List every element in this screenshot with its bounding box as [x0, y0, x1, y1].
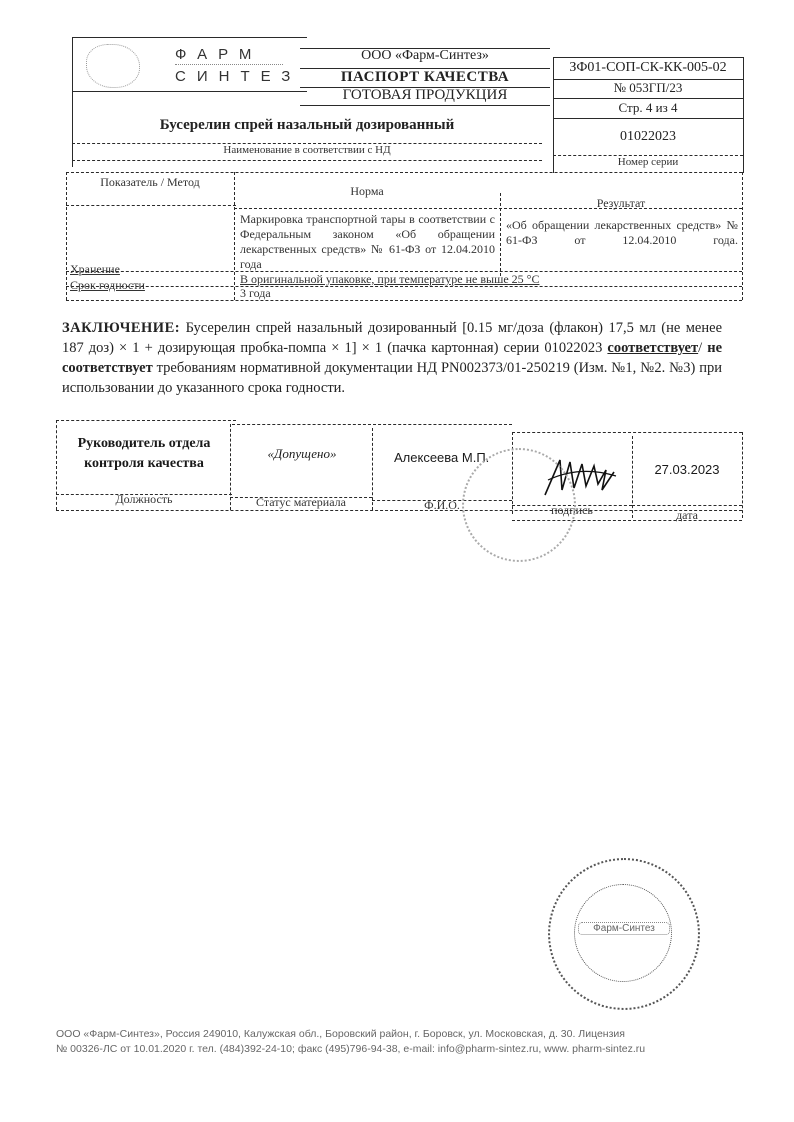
caption-status: Статус материала: [230, 495, 372, 510]
company-logo: ФАРМ СИНТЕЗ: [80, 42, 300, 88]
caption-position: Должность: [56, 492, 232, 507]
form-code: ЗФ01-СОП-СК-КК-005-02: [553, 60, 743, 76]
conclusion-text-2: требованиям нормативной документации НД …: [62, 360, 722, 396]
column-header-norm: Норма: [234, 184, 500, 199]
signature-stamp-icon: [462, 448, 576, 562]
conclusion-label: ЗАКЛЮЧЕНИЕ:: [62, 320, 180, 336]
logo-line1: ФАРМ: [175, 46, 262, 63]
company-name: ООО «Фарм-Синтез»: [300, 48, 550, 64]
seal-center-text: Фарм-Синтез: [578, 922, 670, 935]
passport-number: № 053ГП/23: [553, 80, 743, 96]
product-name: Бусерелин спрей назальный дозированный: [72, 117, 542, 134]
row1-result: «Об обращении лекарственных средств» № 6…: [506, 218, 738, 248]
signature-date: 27.03.2023: [632, 462, 742, 477]
row2-norm: В оригинальной упаковке, при температуре…: [240, 272, 740, 287]
document-title: ПАСПОРТ КАЧЕСТВА: [300, 69, 550, 86]
column-header-indicator: Показатель / Метод: [100, 175, 200, 189]
logo-line2: СИНТЕЗ: [175, 68, 301, 85]
row1-norm: Маркировка транспортной тары в соответст…: [240, 212, 495, 272]
page-indicator: Стр. 4 из 4: [553, 100, 743, 116]
footer-contacts: № 00326-ЛС от 10.01.2020 г. тел. (484)39…: [56, 1042, 706, 1057]
conclusion-paragraph: ЗАКЛЮЧЕНИЕ: Бусерелин спрей назальный до…: [62, 318, 722, 398]
signer-position: Руководитель отдела контроля качества: [62, 434, 226, 474]
material-status: «Допущено»: [232, 446, 372, 462]
footer-address: ООО «Фарм-Синтез», Россия 249010, Калужс…: [56, 1027, 706, 1042]
logo-emblem-icon: [86, 44, 140, 88]
row3-indicator: Срок годности: [70, 278, 230, 293]
product-name-caption: Наименование в соответствии с НД: [72, 144, 542, 156]
batch-caption: Номер серии: [553, 156, 743, 168]
document-subtitle: ГОТОВАЯ ПРОДУКЦИЯ: [300, 87, 550, 104]
row3-norm: 3 года: [240, 286, 440, 301]
batch-number: 01022023: [553, 129, 743, 145]
row2-indicator: Хранение: [70, 262, 230, 277]
complies-option: соответствует: [607, 340, 698, 356]
complies-separator: /: [698, 340, 702, 356]
page-footer: ООО «Фарм-Синтез», Россия 249010, Калужс…: [56, 1027, 706, 1057]
